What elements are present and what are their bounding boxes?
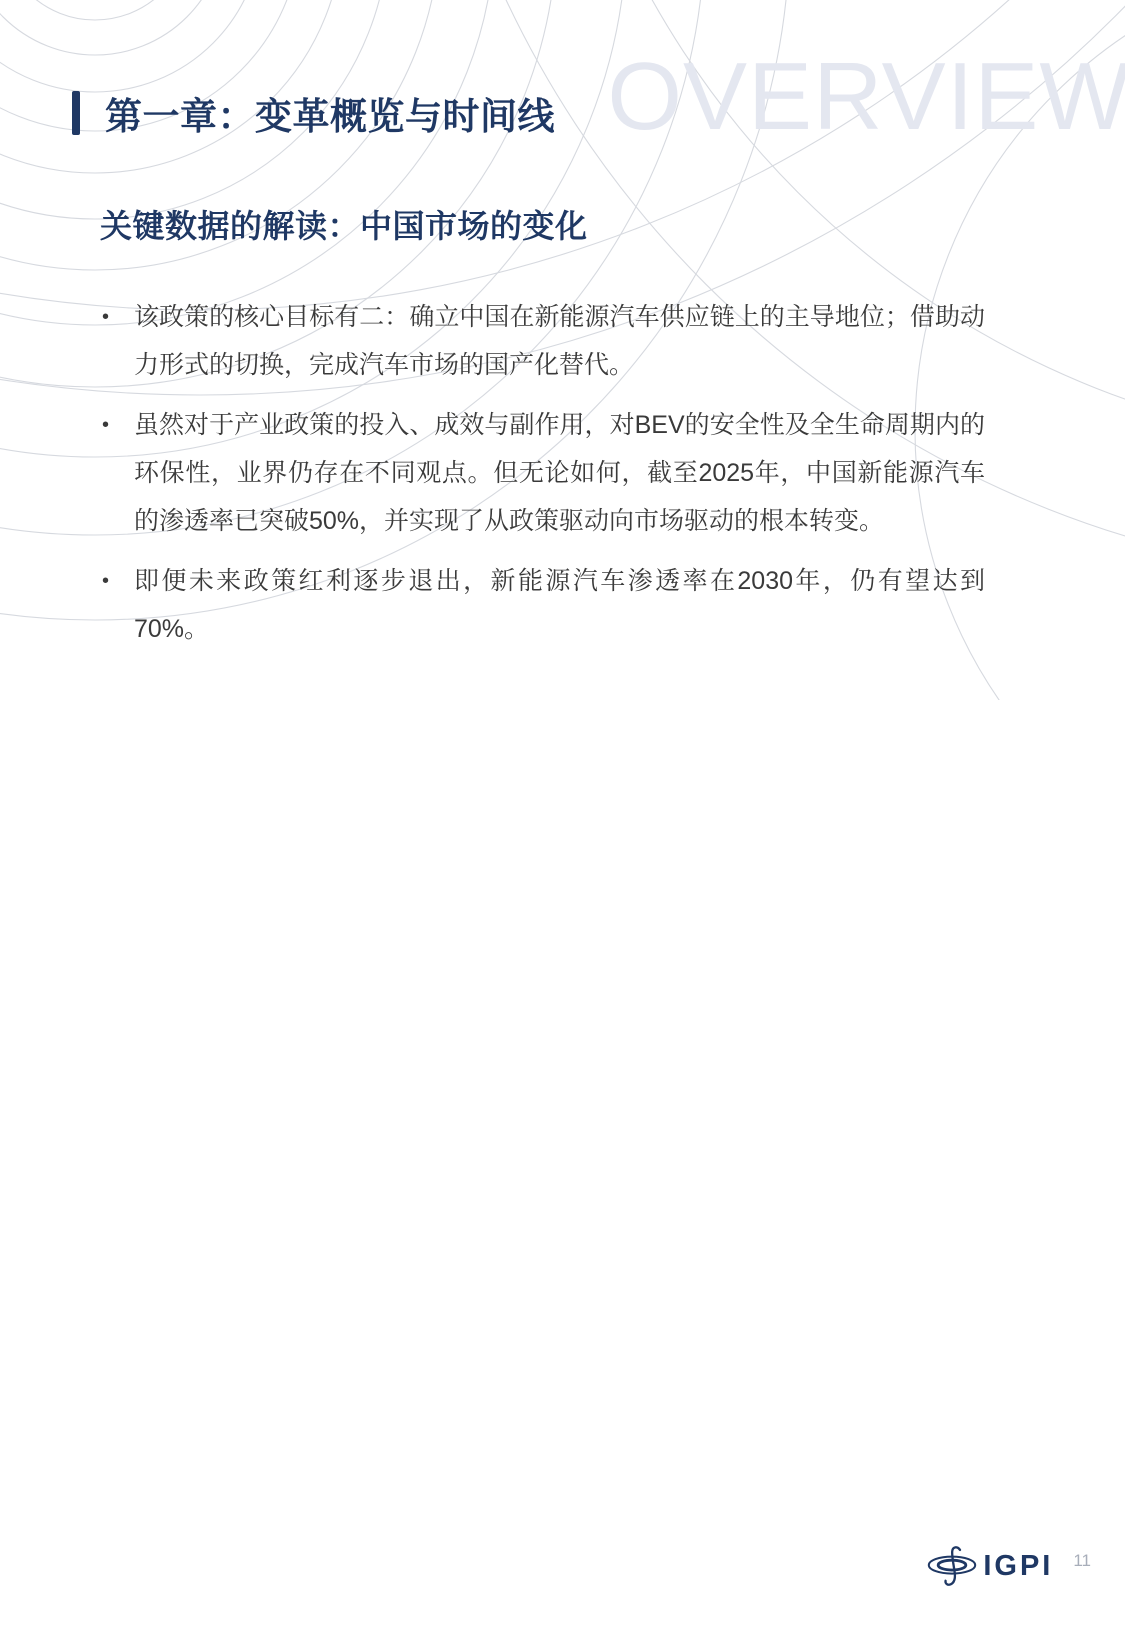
chapter-header: 第一章：变革概览与时间线 [72,86,555,140]
bullet-text: 虽然对于产业政策的投入、成效与副作用，对BEV的安全性及全生命周期内的环保性，业… [134,411,985,535]
igpi-logo-text: IGPI [983,1550,1053,1583]
bullet-dot-icon: • [102,293,109,341]
section-title: 关键数据的解读：中国市场的变化 [100,201,588,247]
bullet-list: • 该政策的核心目标有二：确立中国在新能源汽车供应链上的主导地位；借助动力形式的… [100,293,985,665]
bullet-item: • 虽然对于产业政策的投入、成效与副作用，对BEV的安全性及全生命周期内的环保性… [100,401,985,545]
igpi-orbit-icon [927,1542,977,1590]
bullet-item: • 即便未来政策红利逐步退出，新能源汽车渗透率在2030年，仍有望达到70%。 [100,557,985,653]
igpi-logo: IGPI 11 [927,1542,1091,1590]
bullet-dot-icon: • [102,557,109,605]
bullet-text: 该政策的核心目标有二：确立中国在新能源汽车供应链上的主导地位；借助动力形式的切换… [134,303,985,379]
chapter-title: 第一章：变革概览与时间线 [105,86,555,140]
overview-watermark: OVERVIEW [607,42,1125,152]
page-footer: IGPI 11 [0,1542,1125,1602]
bullet-text: 即便未来政策红利逐步退出，新能源汽车渗透率在2030年，仍有望达到70%。 [134,567,985,643]
title-accent-bar [72,91,80,135]
bullet-item: • 该政策的核心目标有二：确立中国在新能源汽车供应链上的主导地位；借助动力形式的… [100,293,985,389]
document-page: OVERVIEW 第一章：变革概览与时间线 关键数据的解读：中国市场的变化 • … [0,0,1125,1625]
page-number: 11 [1073,1551,1091,1571]
bullet-dot-icon: • [102,401,109,449]
